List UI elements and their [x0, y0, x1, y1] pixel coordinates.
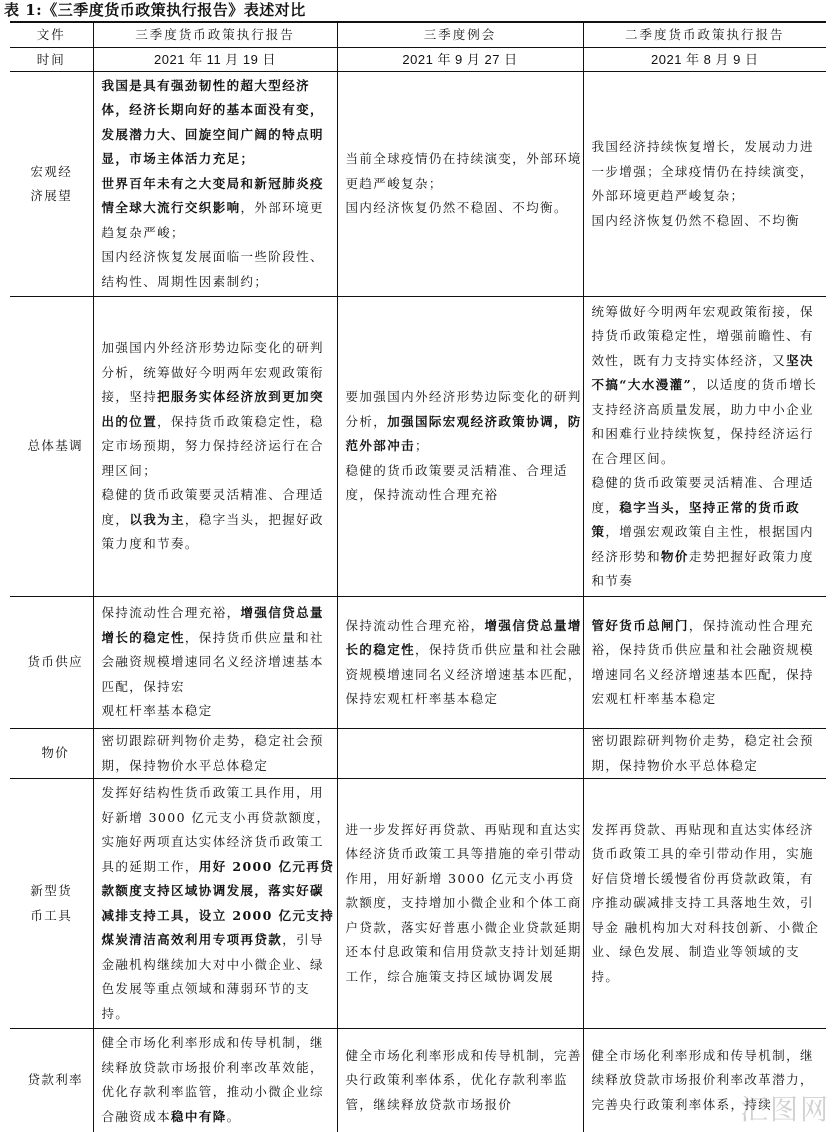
cell-paragraph: 稳健的货币政策要灵活精准、合理适度，稳字当头，坚持正常的货币政策，增强宏观政策自…: [592, 471, 827, 594]
cell-paragraph: 管好货币总闸门，保持流动性合理充裕，保持货币供应量和社会融资规模增速同名义经济增…: [592, 614, 827, 712]
cell-q3-report: 健全市场化利率形成和传导机制，继续释放贷款市场报价利率改革效能，优化存款利率监管…: [93, 1029, 337, 1132]
text: 观杠杆率基本稳定: [102, 703, 213, 718]
row-label-loan-rates: 贷款利率: [10, 1029, 93, 1132]
cell-paragraph: 密切跟踪研判物价走势，稳定社会预期，保持物价水平总体稳定: [102, 729, 337, 778]
cell-q2-report: 健全市场化利率形成和传导机制，继续释放贷款市场报价利率改革潜力，完善央行政策利率…: [583, 1029, 826, 1132]
cell-paragraph: 进一步发挥好再贷款、再贴现和直达实体经济货币政策工具等措施的牵引带动作用，用好新…: [346, 818, 583, 990]
cell-q3-report: 加强国内外经济形势边际变化的研判分析，统筹做好今明两年宏观政策衔接，坚持把服务实…: [93, 297, 337, 597]
date-q3-report: 2021 年 11 月 19 日: [93, 48, 337, 72]
row-label-prices: 物价: [10, 729, 93, 779]
header-q3-report: 三季度货币政策执行报告: [93, 22, 337, 48]
date-row: 时间 2021 年 11 月 19 日 2021 年 9 月 27 日 2021…: [10, 48, 826, 72]
cell-paragraph: 健全市场化利率形成和传导机制，继续释放贷款市场报价利率改革效能，优化存款利率监管…: [102, 1031, 337, 1129]
date-label: 时间: [10, 48, 93, 72]
cell-q3-meeting: 要加强国内外经济形势边际变化的研判分析，加强国际宏观经济政策协调，防范外部冲击；…: [337, 297, 583, 597]
text: 。: [227, 1109, 241, 1124]
table-title: 表 1:《三季度货币政策执行报告》表述对比: [4, 0, 306, 20]
text: 发挥再贷款、再贴现和直达实体经济货币政策工具的牵引带动作用，实施好信贷增长缓慢省…: [592, 822, 820, 984]
table-row: 贷款利率 健全市场化利率形成和传导机制，继续释放贷款市场报价利率改革效能，优化存…: [10, 1029, 826, 1132]
cell-paragraph: 保持流动性合理充裕，增强信贷总量增长的稳定性，保持货币供应量和社会融资规模增速同…: [102, 601, 337, 699]
bold-text: 以我为主: [129, 512, 185, 527]
date-q3-meeting: 2021 年 9 月 27 日: [337, 48, 583, 72]
cell-q3-meeting: [337, 729, 583, 779]
row-label-money-supply: 货币供应: [10, 597, 93, 729]
cell-paragraph: 观杠杆率基本稳定: [102, 699, 337, 724]
cell-paragraph: 我国是具有强劲韧性的超大型经济体，经济长期向好的基本面没有变，发展潜力大、回旋空…: [102, 74, 337, 172]
cell-paragraph: 要加强国内外经济形势边际变化的研判分析，加强国际宏观经济政策协调，防范外部冲击；: [346, 385, 583, 459]
row-label-overall-tone: 总体基调: [10, 297, 93, 597]
cell-paragraph: 稳健的货币政策要灵活精准、合理适度，保持流动性合理充裕: [346, 459, 583, 508]
cell-paragraph: 统筹做好今明两年宏观政策衔接，保持货币政策稳定性，增强前瞻性、有效性，既有力支持…: [592, 300, 827, 472]
text: 稳健的货币政策要灵活精准、合理适度，保持流动性合理充裕: [346, 463, 568, 503]
cell-paragraph: 密切跟踪研判物价走势，稳定社会预期，保持物价水平总体稳定: [592, 729, 827, 778]
cell-paragraph: 稳健的货币政策要灵活精准、合理适度，以我为主，稳字当头，把握好政策力度和节奏。: [102, 483, 337, 557]
cell-paragraph: 健全市场化利率形成和传导机制，继续释放贷款市场报价利率改革潜力，完善央行政策利率…: [592, 1044, 827, 1118]
table-row: 货币供应 保持流动性合理充裕，增强信贷总量增长的稳定性，保持货币供应量和社会融资…: [10, 597, 826, 729]
text: 密切跟踪研判物价走势，稳定社会预期，保持物价水平总体稳定: [592, 733, 814, 773]
cell-paragraph: 发挥好结构性货币政策工具作用，用好新增 3000 亿元支小再贷款额度，实施好两项…: [102, 781, 337, 1026]
cell-q3-report: 我国是具有强劲韧性的超大型经济体，经济长期向好的基本面没有变，发展潜力大、回旋空…: [93, 72, 337, 297]
table-row: 宏观经济展望 我国是具有强劲韧性的超大型经济体，经济长期向好的基本面没有变，发展…: [10, 72, 826, 297]
text: 国内经济恢复仍然不稳固、不均衡。: [346, 200, 568, 215]
cell-q3-report: 保持流动性合理充裕，增强信贷总量增长的稳定性，保持货币供应量和社会融资规模增速同…: [93, 597, 337, 729]
cell-q2-report: 管好货币总闸门，保持流动性合理充裕，保持货币供应量和社会融资规模增速同名义经济增…: [583, 597, 826, 729]
header-document: 文件: [10, 22, 93, 48]
row-label-macro-outlook: 宏观经济展望: [10, 72, 93, 297]
cell-q3-meeting: 保持流动性合理充裕，增强信贷总量增长的稳定性，保持货币供应量和社会融资规模增速同…: [337, 597, 583, 729]
table-header-row: 文件 三季度货币政策执行报告 三季度例会 二季度货币政策执行报告: [10, 22, 826, 48]
table-row: 新型货币工具 发挥好结构性货币政策工具作用，用好新增 3000 亿元支小再贷款额…: [10, 779, 826, 1029]
cell-q3-report: 发挥好结构性货币政策工具作用，用好新增 3000 亿元支小再贷款额度，实施好两项…: [93, 779, 337, 1029]
row-label-new-monetary-tools: 新型货币工具: [10, 779, 93, 1029]
text: 进一步发挥好再贷款、再贴现和直达实体经济货币政策工具等措施的牵引带动作用，用好新…: [346, 822, 582, 984]
text: 健全市场化利率形成和传导机制，完善央行政策利率体系，优化存款利率监管，继续释放贷…: [346, 1048, 582, 1112]
bold-text: 稳中有降: [171, 1109, 227, 1124]
cell-q3-meeting: 健全市场化利率形成和传导机制，完善央行政策利率体系，优化存款利率监管，继续释放贷…: [337, 1029, 583, 1132]
cell-paragraph: 世界百年未有之大变局和新冠肺炎疫情全球大流行交织影响，外部环境更趋复杂严峻；: [102, 172, 337, 246]
cell-paragraph: 保持流动性合理充裕，增强信贷总量增长的稳定性，保持货币供应量和社会融资规模增速同…: [346, 614, 583, 712]
header-q3-meeting: 三季度例会: [337, 22, 583, 48]
text: 国内经济恢复发展面临一些阶段性、结构性、周期性因素制约；: [102, 249, 324, 289]
comparison-table: 文件 三季度货币政策执行报告 三季度例会 二季度货币政策执行报告 时间 2021…: [10, 21, 826, 1132]
table-row: 总体基调 加强国内外经济形势边际变化的研判分析，统筹做好今明两年宏观政策衔接，坚…: [10, 297, 826, 597]
cell-q2-report: 发挥再贷款、再贴现和直达实体经济货币政策工具的牵引带动作用，实施好信贷增长缓慢省…: [583, 779, 826, 1029]
header-q2-report: 二季度货币政策执行报告: [583, 22, 826, 48]
text: 国内经济恢复仍然不稳固、不均衡: [592, 213, 801, 228]
cell-q2-report: 密切跟踪研判物价走势，稳定社会预期，保持物价水平总体稳定: [583, 729, 826, 779]
bold-text: 管好货币总闸门: [592, 618, 689, 633]
cell-q3-meeting: 进一步发挥好再贷款、再贴现和直达实体经济货币政策工具等措施的牵引带动作用，用好新…: [337, 779, 583, 1029]
text: 我国经济持续恢复增长，发展动力进一步增强；全球疫情仍在持续演变，外部环境更趋严峻…: [592, 139, 814, 203]
cell-paragraph: 我国经济持续恢复增长，发展动力进一步增强；全球疫情仍在持续演变，外部环境更趋严峻…: [592, 135, 827, 209]
text: 健全市场化利率形成和传导机制，继续释放贷款市场报价利率改革潜力，完善央行政策利率…: [592, 1048, 814, 1112]
table-row: 物价 密切跟踪研判物价走势，稳定社会预期，保持物价水平总体稳定 密切跟踪研判物价…: [10, 729, 826, 779]
text: 统筹做好今明两年宏观政策衔接，保持货币政策稳定性，增强前瞻性、有效性，既有力支持…: [592, 304, 814, 368]
text: 保持流动性合理充裕，: [102, 605, 241, 620]
text: 当前全球疫情仍在持续演变，外部环境更趋严峻复杂；: [346, 151, 582, 191]
bold-text: 我国是具有强劲韧性的超大型经济体，经济长期向好的基本面没有变，发展潜力大、回旋空…: [102, 78, 324, 167]
cell-q2-report: 我国经济持续恢复增长，发展动力进一步增强；全球疫情仍在持续演变，外部环境更趋严峻…: [583, 72, 826, 297]
cell-q2-report: 统筹做好今明两年宏观政策衔接，保持货币政策稳定性，增强前瞻性、有效性，既有力支持…: [583, 297, 826, 597]
cell-paragraph: 国内经济恢复仍然不稳固、不均衡: [592, 209, 827, 234]
cell-paragraph: 国内经济恢复发展面临一些阶段性、结构性、周期性因素制约；: [102, 245, 337, 294]
cell-paragraph: 健全市场化利率形成和传导机制，完善央行政策利率体系，优化存款利率监管，继续释放贷…: [346, 1044, 583, 1118]
cell-q3-report: 密切跟踪研判物价走势，稳定社会预期，保持物价水平总体稳定: [93, 729, 337, 779]
cell-paragraph: 国内经济恢复仍然不稳固、不均衡。: [346, 196, 583, 221]
cell-paragraph: 加强国内外经济形势边际变化的研判分析，统筹做好今明两年宏观政策衔接，坚持把服务实…: [102, 336, 337, 483]
bold-text: 物价: [661, 549, 689, 564]
text: 保持流动性合理充裕，: [346, 618, 485, 633]
cell-paragraph: 当前全球疫情仍在持续演变，外部环境更趋严峻复杂；: [346, 147, 583, 196]
text: 密切跟踪研判物价走势，稳定社会预期，保持物价水平总体稳定: [102, 733, 324, 773]
cell-q3-meeting: 当前全球疫情仍在持续演变，外部环境更趋严峻复杂；国内经济恢复仍然不稳固、不均衡。: [337, 72, 583, 297]
text: ；: [415, 438, 429, 453]
date-q2-report: 2021 年 8 月 9 日: [583, 48, 826, 72]
cell-paragraph: 发挥再贷款、再贴现和直达实体经济货币政策工具的牵引带动作用，实施好信贷增长缓慢省…: [592, 818, 827, 990]
